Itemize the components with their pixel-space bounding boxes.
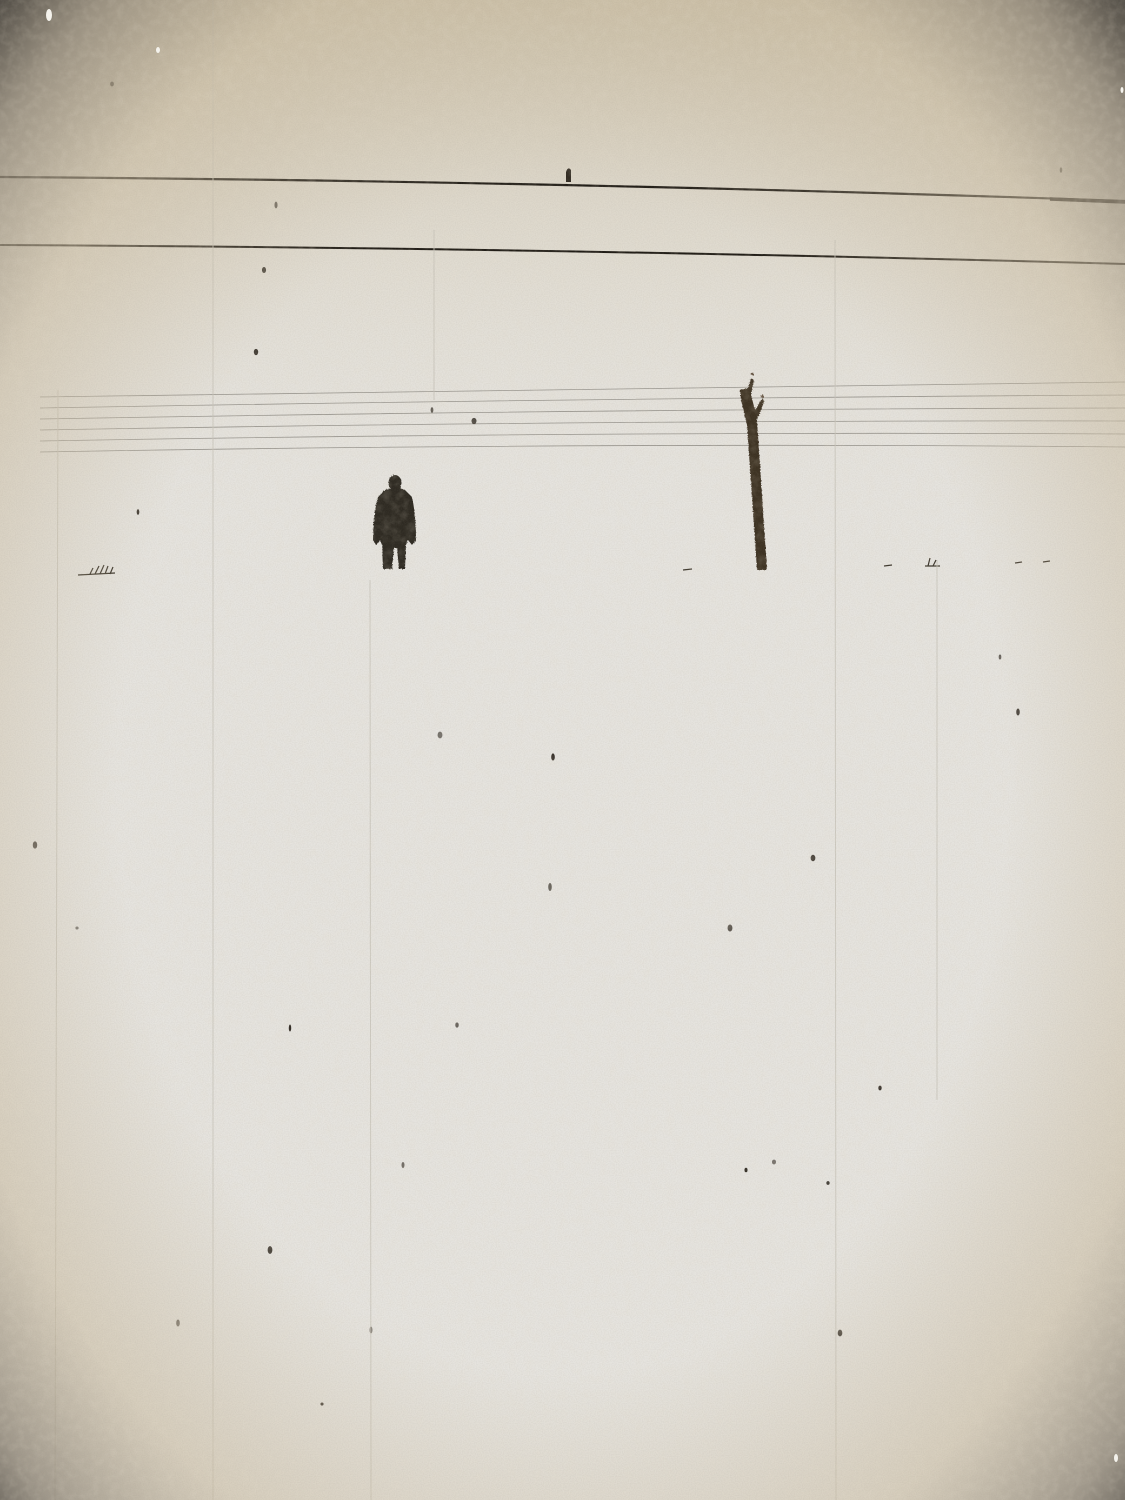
snow-scene — [0, 0, 1125, 1500]
film-grain — [0, 0, 1125, 1500]
vintage-snow-photograph — [0, 0, 1125, 1500]
